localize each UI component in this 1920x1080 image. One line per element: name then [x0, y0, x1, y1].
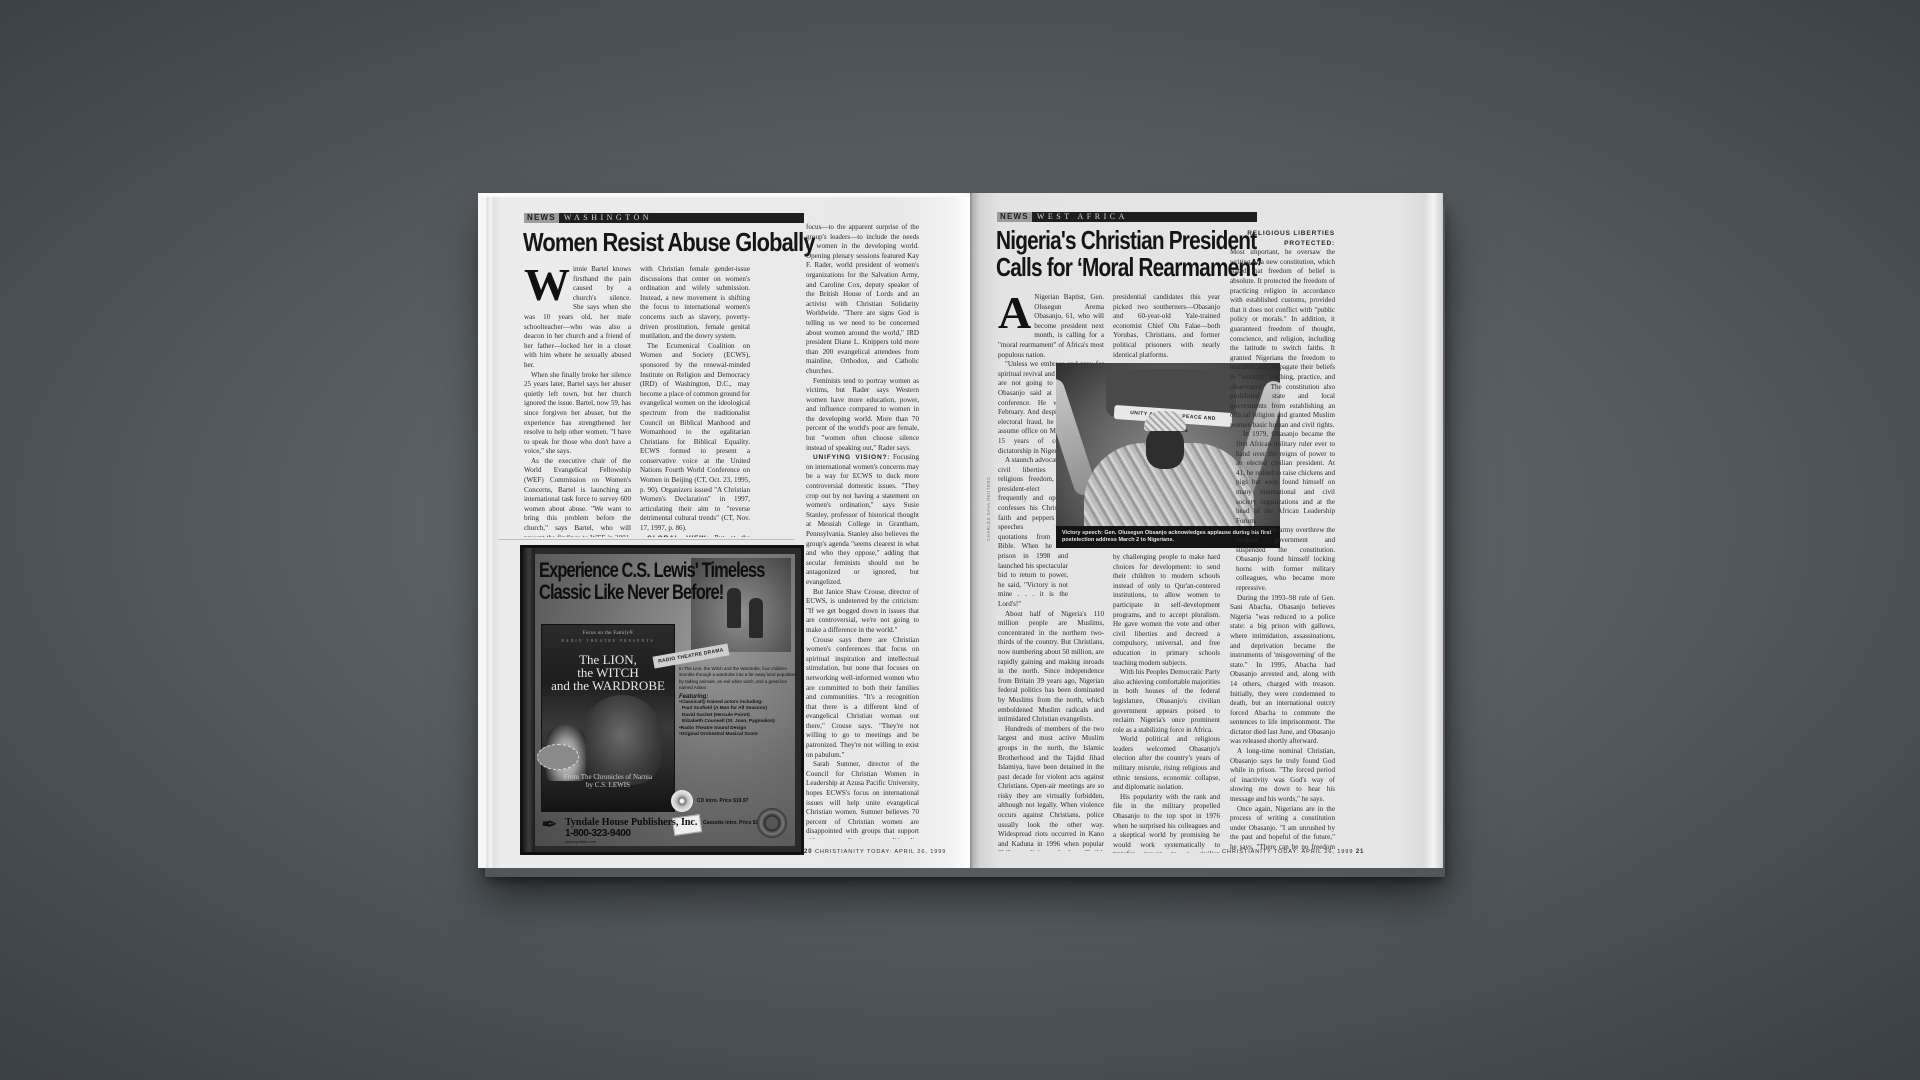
right-page: CHARLES SAVA REUTERS NEWS WEST AFRICA Ni… — [970, 193, 1443, 868]
paragraph: When she finally broke her silence 25 ye… — [524, 371, 631, 457]
subhead-religious-liberties: RELIGIOUS LIBERTIES PROTECTED: — [1230, 229, 1335, 248]
page-footer: CHRISTIANITY TODAY: APRIL 26, 1999 21 — [1222, 849, 1364, 855]
curtain-graphic — [523, 548, 535, 852]
article-column-2: with Christian female gender-issue discu… — [640, 265, 750, 537]
cap-graphic — [1144, 411, 1186, 431]
publication-date: CHRISTIANITY TODAY: APRIL 26, 1999 — [815, 849, 946, 855]
cd-icon — [671, 790, 693, 812]
chronicles-line: From The Chronicles of Narnia — [542, 773, 674, 781]
headline-line: Nigeria's Christian President — [996, 227, 1261, 254]
publisher-block: Tyndale House Publishers, Inc. 1-800-323… — [565, 817, 697, 844]
chronicles-credit: From The Chronicles of Narnia by C.S. LE… — [542, 773, 674, 789]
page-edge — [478, 193, 970, 197]
photo-credit: CHARLES SAVA REUTERS — [986, 477, 991, 541]
news-tag: NEWS — [524, 213, 559, 223]
award-seal-icon — [757, 808, 787, 838]
article-column-3: RELIGIOUS LIBERTIES PROTECTED: Most impo… — [1230, 229, 1335, 849]
paragraph: A long-time nominal Christian, Obasanjo … — [1230, 747, 1335, 805]
publication-date: CHRISTIANITY TODAY: APRIL 26, 1999 — [1222, 849, 1353, 855]
paragraph: As the executive chair of the World Evan… — [524, 457, 631, 537]
paragraph: Obasanjo handily won in all the northern… — [1113, 360, 1220, 361]
headline-line: Calls for ‘Moral Rearmament’ — [996, 254, 1261, 281]
author-line: by C.S. LEWIS — [542, 781, 674, 789]
child-figure-icon — [749, 598, 763, 638]
article-headline: Women Resist Abuse Globally — [523, 229, 815, 256]
lion-illustration — [582, 695, 662, 785]
ad-blurb: In The Lion, the Witch and the Wardrobe,… — [679, 666, 797, 692]
ad-background: Experience C.S. Lewis' Timeless Classic … — [535, 554, 795, 846]
paragraph: About half of Nigeria's 110 million peop… — [998, 610, 1104, 725]
article-column-2-bottom: by challenging people to make hard choic… — [1113, 553, 1220, 853]
paragraph: Sarah Sumner, director of the Council fo… — [806, 760, 919, 839]
ad-headline: Experience C.S. Lewis' Timeless Classic … — [539, 560, 765, 604]
paragraph: His popularity with the rank and file in… — [1113, 793, 1220, 853]
book-title-line: and the WARDROBE — [542, 679, 674, 692]
paragraph: Once again, Nigerians are in the process… — [1230, 805, 1335, 849]
ad-headline-line: Experience C.S. Lewis' Timeless — [539, 560, 765, 582]
paragraph: With his Peoples Democratic Party also a… — [1113, 668, 1220, 735]
ad-divider — [498, 539, 794, 540]
publisher-name: Tyndale House Publishers, Inc. — [565, 817, 697, 828]
subhead-global-view: GLOBAL VIEW — [647, 535, 706, 537]
cd-price: CD Intro. Price $19.97 — [697, 798, 748, 804]
presenter: Focus on the Family® — [542, 631, 674, 636]
tyndale-advertisement[interactable]: Experience C.S. Lewis' Timeless Classic … — [520, 545, 804, 855]
paragraph: During the 1993–98 rule of Gen. Sani Aba… — [1230, 594, 1335, 748]
feature-item: •Original Orchestral Musical Score — [679, 732, 797, 738]
paragraph: Feminists tend to portray women as victi… — [806, 377, 919, 454]
starburst-badge-icon — [537, 744, 579, 770]
paragraph: with Christian female gender-issue discu… — [640, 265, 750, 342]
publisher-url[interactable]: www.tyndale.com — [565, 839, 697, 844]
drop-cap: A — [998, 294, 1031, 332]
news-tag: NEWS — [997, 212, 1032, 222]
radio-theatre-label: RADIO THEATRE PRESENTS — [542, 639, 674, 643]
page-number: 21 — [1356, 849, 1364, 855]
left-page: NEWS WASHINGTON Women Resist Abuse Globa… — [478, 193, 970, 868]
article-headline: Nigeria's Christian President Calls for … — [996, 227, 1261, 280]
article-column-1: Winnie Bartel knows firsthand the pain c… — [524, 265, 631, 537]
paragraph: presidential candidates this year picked… — [1113, 293, 1220, 360]
paragraph: focus—to the apparent surprise of the gr… — [806, 223, 919, 377]
section-kicker: NEWS WASHINGTON — [524, 213, 804, 223]
ad-description: In The Lion, the Witch and the Wardrobe,… — [679, 666, 797, 738]
article-column-2-top: presidential candidates this year picked… — [1113, 293, 1220, 361]
paragraph: In 1983, the army overthrew the civilian… — [1236, 526, 1335, 593]
section-label: WEST AFRICA — [1032, 212, 1257, 222]
paragraph: Crouse says there are Christian women's … — [806, 636, 919, 761]
paragraph: by challenging people to make hard choic… — [1113, 553, 1220, 668]
paragraph: Hundreds of members of the two largest a… — [998, 725, 1104, 851]
quill-logo-icon: ✒ — [541, 812, 559, 840]
page-number: 20 — [804, 849, 812, 855]
section-kicker: NEWS WEST AFRICA — [997, 212, 1257, 222]
section-label: WASHINGTON — [559, 213, 804, 223]
paragraph: In 1979, Obasanjo became the first Afric… — [1236, 430, 1335, 526]
paragraph: Most important, he oversaw the writing o… — [1230, 248, 1335, 430]
ad-headline-line: Classic Like Never Before! — [539, 582, 765, 604]
paragraph: The Ecumenical Coalition on Women and So… — [640, 342, 750, 534]
paragraph: World political and religious leaders we… — [1113, 735, 1220, 793]
article-column-3: focus—to the apparent surprise of the gr… — [806, 223, 919, 839]
paragraph: But Janice Shaw Crouse, director of ECWS… — [806, 588, 919, 636]
head-graphic — [1146, 425, 1184, 469]
drop-cap: W — [524, 266, 570, 304]
paragraph: : Focusing on international women's conc… — [806, 453, 919, 586]
page-footer: 20 CHRISTIANITY TODAY: APRIL 26, 1999 — [804, 849, 946, 855]
album-cover: Focus on the Family® RADIO THEATRE PRESE… — [541, 624, 675, 812]
publisher-phone[interactable]: 1-800-323-9400 — [565, 828, 697, 839]
subhead-unifying-vision: UNIFYING VISION? — [813, 454, 887, 461]
